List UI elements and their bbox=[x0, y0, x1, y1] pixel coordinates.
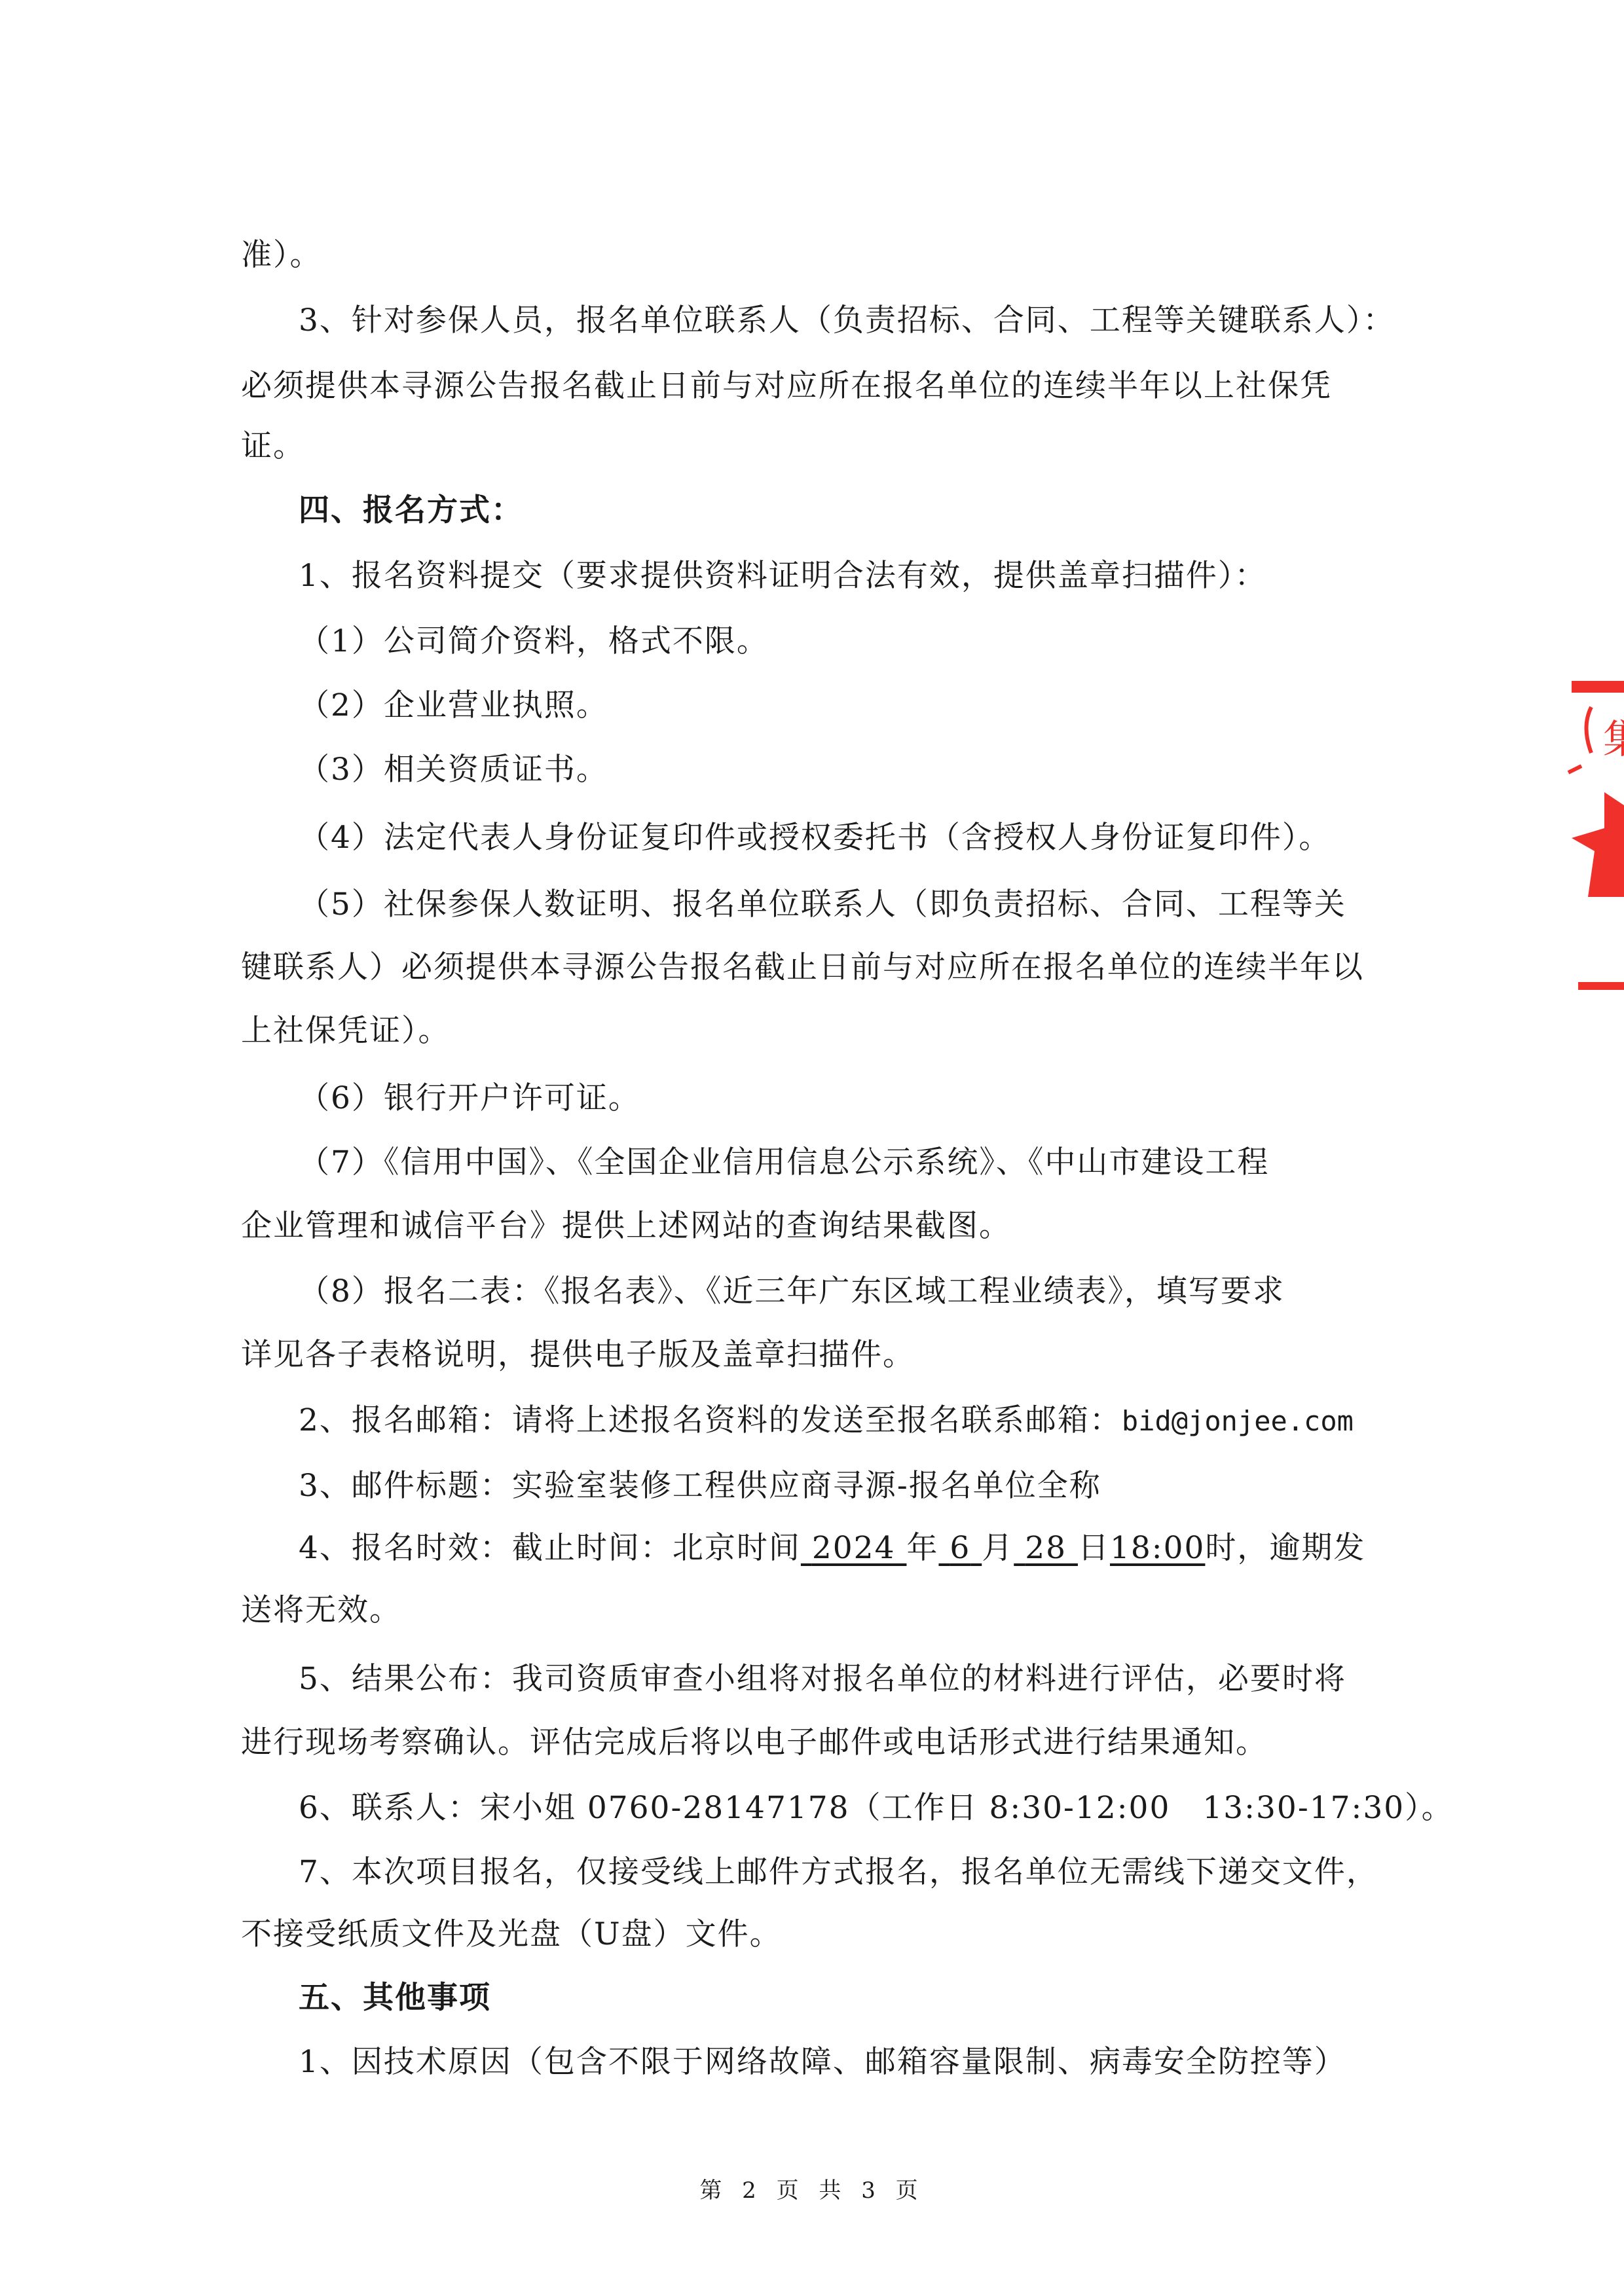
paragraph-line: 3、邮件标题：实验室装修工程供应商寻源-报名单位全称 bbox=[299, 1467, 1101, 1506]
list-item: （1）公司简介资料，格式不限。 bbox=[299, 622, 769, 661]
list-item: （7）《信用中国》、《全国企业信用信息公示系统》、《中山市建设工程 bbox=[299, 1143, 1269, 1182]
paragraph-line: 送将无效。 bbox=[241, 1591, 401, 1630]
paragraph-line: 证。 bbox=[241, 427, 305, 466]
list-item: （5）社保参保人数证明、报名单位联系人（即负责招标、合同、工程等关 bbox=[299, 885, 1346, 924]
deadline-time: 18:00 bbox=[1110, 1530, 1205, 1566]
paragraph-line: 企业管理和诚信平台》提供上述网站的查询结果截图。 bbox=[241, 1207, 1011, 1246]
contact-line: 6、联系人：宋小姐 0760-28147178（工作日 8:30-12:00 1… bbox=[299, 1789, 1454, 1828]
paragraph-line: 3、针对参保人员，报名单位联系人（负责招标、合同、工程等关键联系人）： bbox=[299, 301, 1395, 340]
deadline-day: 28 bbox=[1014, 1530, 1078, 1566]
deadline-month: 6 bbox=[938, 1530, 982, 1566]
paragraph-line: 详见各子表格说明，提供电子版及盖章扫描件。 bbox=[241, 1336, 915, 1375]
list-item: （3）相关资质证书。 bbox=[299, 750, 608, 790]
section-heading-5: 五、其他事项 bbox=[299, 1978, 491, 2018]
paragraph-line: 1、报名资料提交（要求提供资料证明合法有效，提供盖章扫描件）： bbox=[299, 556, 1266, 596]
email-link[interactable]: bid@jonjee.com bbox=[1122, 1405, 1354, 1437]
list-item: （2）企业营业执照。 bbox=[299, 686, 608, 725]
list-item: （8）报名二表：《报名表》、《近三年广东区域工程业绩表》，填写要求 bbox=[299, 1272, 1285, 1311]
paragraph-line: 5、结果公布：我司资质审查小组将对报名单位的材料进行评估，必要时将 bbox=[299, 1660, 1346, 1699]
paragraph-line: 必须提供本寻源公告报名截止日前与对应所在报名单位的连续半年以上社保凭 bbox=[241, 367, 1332, 406]
email-line: 2、报名邮箱：请将上述报名资料的发送至报名联系邮箱：bid@jonjee.com bbox=[299, 1401, 1354, 1441]
page-number: 第 2 页 共 3 页 bbox=[0, 2172, 1624, 2204]
paragraph-line: 进行现场考察确认。评估完成后将以电子邮件或电话形式进行结果通知。 bbox=[241, 1723, 1268, 1762]
list-item: （4）法定代表人身份证复印件或授权委托书（含授权人身份证复印件）。 bbox=[299, 818, 1331, 858]
paragraph-line: 准）。 bbox=[241, 236, 322, 275]
paragraph-line: 键联系人）必须提供本寻源公告报名截止日前与对应所在报名单位的连续半年以 bbox=[241, 948, 1364, 987]
paragraph-line: 上社保凭证）。 bbox=[241, 1011, 451, 1051]
company-seal-icon: 集 bbox=[1565, 681, 1624, 1021]
section-heading-4: 四、报名方式： bbox=[299, 491, 523, 530]
paragraph-line: 1、因技术原因（包含不限于网络故障、邮箱容量限制、病毒安全防控等） bbox=[299, 2043, 1346, 2082]
paragraph-line: 7、本次项目报名，仅接受线上邮件方式报名，报名单位无需线下递交文件， bbox=[299, 1853, 1378, 1892]
deadline-line: 4、报名时效：截止时间：北京时间 2024 年 6 月 28 日18:00时，逾… bbox=[299, 1529, 1365, 1568]
deadline-label: 4、报名时效：截止时间：北京时间 bbox=[299, 1530, 801, 1566]
list-item: （6）银行开户许可证。 bbox=[299, 1079, 640, 1118]
paragraph-line: 不接受纸质文件及光盘（U盘）文件。 bbox=[241, 1915, 782, 1954]
deadline-year: 2024 bbox=[801, 1530, 907, 1566]
email-label: 2、报名邮箱：请将上述报名资料的发送至报名联系邮箱： bbox=[299, 1402, 1122, 1438]
svg-text:集: 集 bbox=[1603, 717, 1624, 763]
